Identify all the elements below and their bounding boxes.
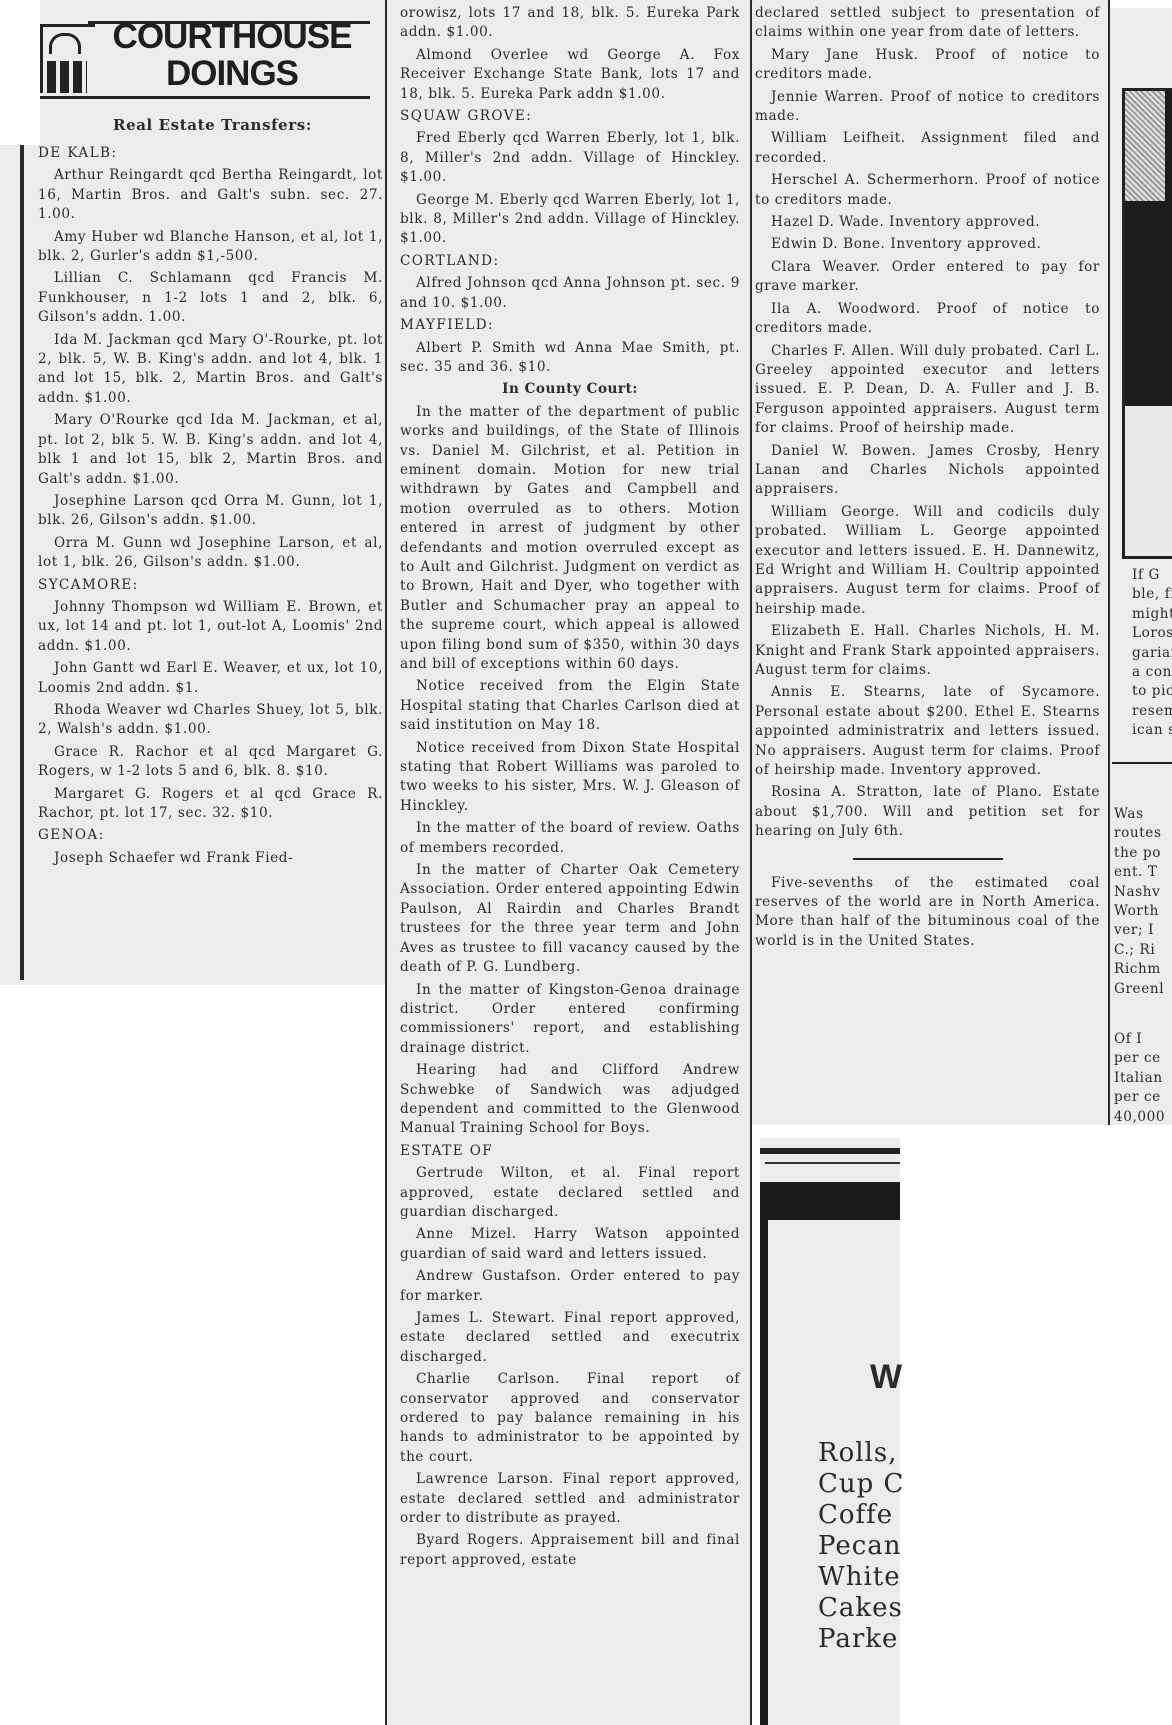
ad-item-list: Rolls,Cup CCoffePecanWhiteCakesParke [818, 1438, 904, 1655]
locality-heading: SQUAW GROVE: [400, 107, 740, 126]
entry-paragraph: Josephine Larson qcd Orra M. Gunn, lot 1… [38, 492, 383, 531]
text-fragment: ver; I [1114, 921, 1172, 940]
entry-paragraph: Notice received from Dixon State Hospita… [400, 739, 740, 817]
locality-heading: GENOA: [38, 826, 383, 845]
text-fragment: resem [1132, 702, 1172, 721]
entry-paragraph: Edwin D. Bone. Inventory approved. [755, 235, 1100, 254]
text-fragment: Greenl [1114, 980, 1172, 999]
text-fragment: per ce [1114, 1088, 1172, 1107]
entry-paragraph: Rhoda Weaver wd Charles Shuey, lot 5, bl… [38, 701, 383, 740]
text-fragment: Cup C [818, 1469, 904, 1500]
column-4-fragment: Wasroutesthe poent. TNashvWorthver; IC.;… [1114, 805, 1172, 999]
entry-paragraph: Grace R. Rachor et al qcd Margaret G. Ro… [38, 743, 383, 782]
text-fragment: Coffe [818, 1500, 904, 1531]
entry-paragraph: Alfred Johnson qcd Anna Johnson pt. sec.… [400, 274, 740, 313]
entry-paragraph: Lawrence Larson. Final report approved, … [400, 1470, 740, 1528]
entry-paragraph: In the matter of Kingston-Genoa drainage… [400, 981, 740, 1059]
divider [1112, 762, 1172, 764]
text-fragment: to pic [1132, 682, 1172, 701]
entry-paragraph: Gertrude Wilton, et al. Final report app… [400, 1164, 740, 1222]
entry-paragraph: Herschel A. Schermerhorn. Proof of notic… [755, 171, 1100, 210]
column-rule [20, 145, 24, 980]
entry-paragraph: Amy Huber wd Blanche Hanson, et al, lot … [38, 228, 383, 267]
entry-paragraph: Lillian C. Schlamann qcd Francis M. Funk… [38, 269, 383, 327]
text-fragment: ican s [1132, 721, 1172, 740]
entry-paragraph: Clara Weaver. Order entered to pay for g… [755, 258, 1100, 297]
text-fragment: Pecan [818, 1531, 904, 1562]
filler-paragraph: Five-sevenths of the estimated coal rese… [755, 874, 1100, 952]
section-heading: Real Estate Transfers: [40, 116, 385, 134]
entry-paragraph: Rosina A. Stratton, late of Plano. Estat… [755, 783, 1100, 841]
entry-paragraph: Orra M. Gunn wd Josephine Larson, et al,… [38, 534, 383, 573]
bakery-advertisement: W Rolls,Cup CCoffePecanWhiteCakesParke [760, 1138, 900, 1725]
text-fragment: Nashv [1114, 883, 1172, 902]
masthead-title: COURTHOUSE DOINGS [92, 18, 372, 92]
entry-paragraph: George M. Eberly qcd Warren Eberly, lot … [400, 191, 740, 249]
entry-paragraph: Almond Overlee wd George A. Fox Receiver… [400, 46, 740, 104]
text-fragment: Rolls, [818, 1438, 904, 1469]
entry-paragraph: Notice received from the Elgin State Hos… [400, 677, 740, 735]
courthouse-icon [40, 24, 95, 93]
locality-heading: ESTATE OF [400, 1142, 740, 1161]
text-fragment: ble, fi [1132, 585, 1172, 604]
photograph [1122, 88, 1172, 559]
text-fragment: per ce [1114, 1049, 1172, 1068]
entry-paragraph: Anne Mizel. Harry Watson appointed guard… [400, 1225, 740, 1264]
subsection-heading: In County Court: [400, 380, 740, 399]
column-1-text: DE KALB:Arthur Reingardt qcd Bertha Rein… [38, 144, 383, 868]
entry-paragraph: Daniel W. Bowen. James Crosby, Henry Lan… [755, 442, 1100, 500]
entry-paragraph: Charlie Carlson. Final report of conserv… [400, 1370, 740, 1467]
entry-paragraph: Joseph Schaefer wd Frank Fied- [38, 849, 383, 868]
entry-paragraph: Mary O'Rourke qcd Ida M. Jackman, et al,… [38, 411, 383, 489]
text-fragment: garian [1132, 644, 1172, 663]
continued-paragraph: orowisz, lots 17 and 18, blk. 5. Eureka … [400, 4, 740, 43]
entry-paragraph: Andrew Gustafson. Order entered to pay f… [400, 1267, 740, 1306]
text-fragment: If G [1132, 566, 1172, 585]
locality-heading: DE KALB: [38, 144, 383, 163]
entry-paragraph: Johnny Thompson wd William E. Brown, et … [38, 598, 383, 656]
entry-paragraph: Margaret G. Rogers et al qcd Grace R. Ra… [38, 785, 383, 824]
text-fragment: the po [1114, 844, 1172, 863]
entry-paragraph: Hazel D. Wade. Inventory approved. [755, 213, 1100, 232]
entry-paragraph: William George. Will and codicils duly p… [755, 503, 1100, 619]
text-fragment: Of I [1114, 1030, 1172, 1049]
entry-paragraph: Ila A. Woodword. Proof of notice to cred… [755, 300, 1100, 339]
text-fragment: might [1132, 605, 1172, 624]
entry-paragraph: Elizabeth E. Hall. Charles Nichols, H. M… [755, 622, 1100, 680]
text-fragment: routes [1114, 824, 1172, 843]
locality-heading: MAYFIELD: [400, 316, 740, 335]
column-4-fragment: If Gble, fimightLorosgariana contto picr… [1132, 566, 1172, 741]
entry-paragraph: Mary Jane Husk. Proof of notice to credi… [755, 46, 1100, 85]
column-rule [1108, 0, 1110, 1125]
entry-paragraph: Arthur Reingardt qcd Bertha Reingardt, l… [38, 166, 383, 224]
column-rule [750, 0, 752, 1725]
text-fragment: Cakes [818, 1593, 904, 1624]
entry-paragraph: Jennie Warren. Proof of notice to credit… [755, 88, 1100, 127]
entry-paragraph: Annis E. Stearns, late of Sycamore. Pers… [755, 683, 1100, 780]
text-fragment: a cont [1132, 663, 1172, 682]
locality-heading: SYCAMORE: [38, 576, 383, 595]
entry-paragraph: William Leifheit. Assignment filed and r… [755, 129, 1100, 168]
entry-paragraph: James L. Stewart. Final report approved,… [400, 1309, 740, 1367]
divider [853, 858, 1003, 860]
masthead: COURTHOUSE DOINGS [40, 18, 370, 99]
entry-paragraph: In the matter of the board of review. Oa… [400, 819, 740, 858]
ad-heading: W [870, 1358, 902, 1397]
column-2-text: orowisz, lots 17 and 18, blk. 5. Eureka … [400, 4, 740, 1570]
entry-paragraph: Ida M. Jackman qcd Mary O'-Rourke, pt. l… [38, 331, 383, 409]
locality-heading: CORTLAND: [400, 252, 740, 271]
text-fragment: 40,000 [1114, 1108, 1172, 1127]
text-fragment: Parke [818, 1624, 904, 1655]
column-3-text: declared settled subject to presentation… [755, 4, 1100, 951]
text-fragment: Richm [1114, 960, 1172, 979]
text-fragment: White [818, 1562, 904, 1593]
text-fragment: Worth [1114, 902, 1172, 921]
text-fragment: Was [1114, 805, 1172, 824]
entry-paragraph: Byard Rogers. Appraisement bill and fina… [400, 1531, 740, 1570]
entry-paragraph: John Gantt wd Earl E. Weaver, et ux, lot… [38, 659, 383, 698]
text-fragment: Loros [1132, 624, 1172, 643]
entry-paragraph: Hearing had and Clifford Andrew Schwebke… [400, 1061, 740, 1139]
text-fragment: ent. T [1114, 863, 1172, 882]
entry-paragraph: In the matter of Charter Oak Cemetery As… [400, 861, 740, 977]
entry-paragraph: Charles F. Allen. Will duly probated. Ca… [755, 342, 1100, 439]
continued-paragraph: declared settled subject to presentation… [755, 4, 1100, 43]
column-rule [385, 0, 387, 1725]
entry-paragraph: In the matter of the department of publi… [400, 403, 740, 675]
entry-paragraph: Fred Eberly qcd Warren Eberly, lot 1, bl… [400, 129, 740, 187]
entry-paragraph: Albert P. Smith wd Anna Mae Smith, pt. s… [400, 339, 740, 378]
column-4-fragment: Of Iper ceItalianper ce40,000 [1114, 1030, 1172, 1127]
text-fragment: Italian [1114, 1069, 1172, 1088]
text-fragment: C.; Ri [1114, 941, 1172, 960]
